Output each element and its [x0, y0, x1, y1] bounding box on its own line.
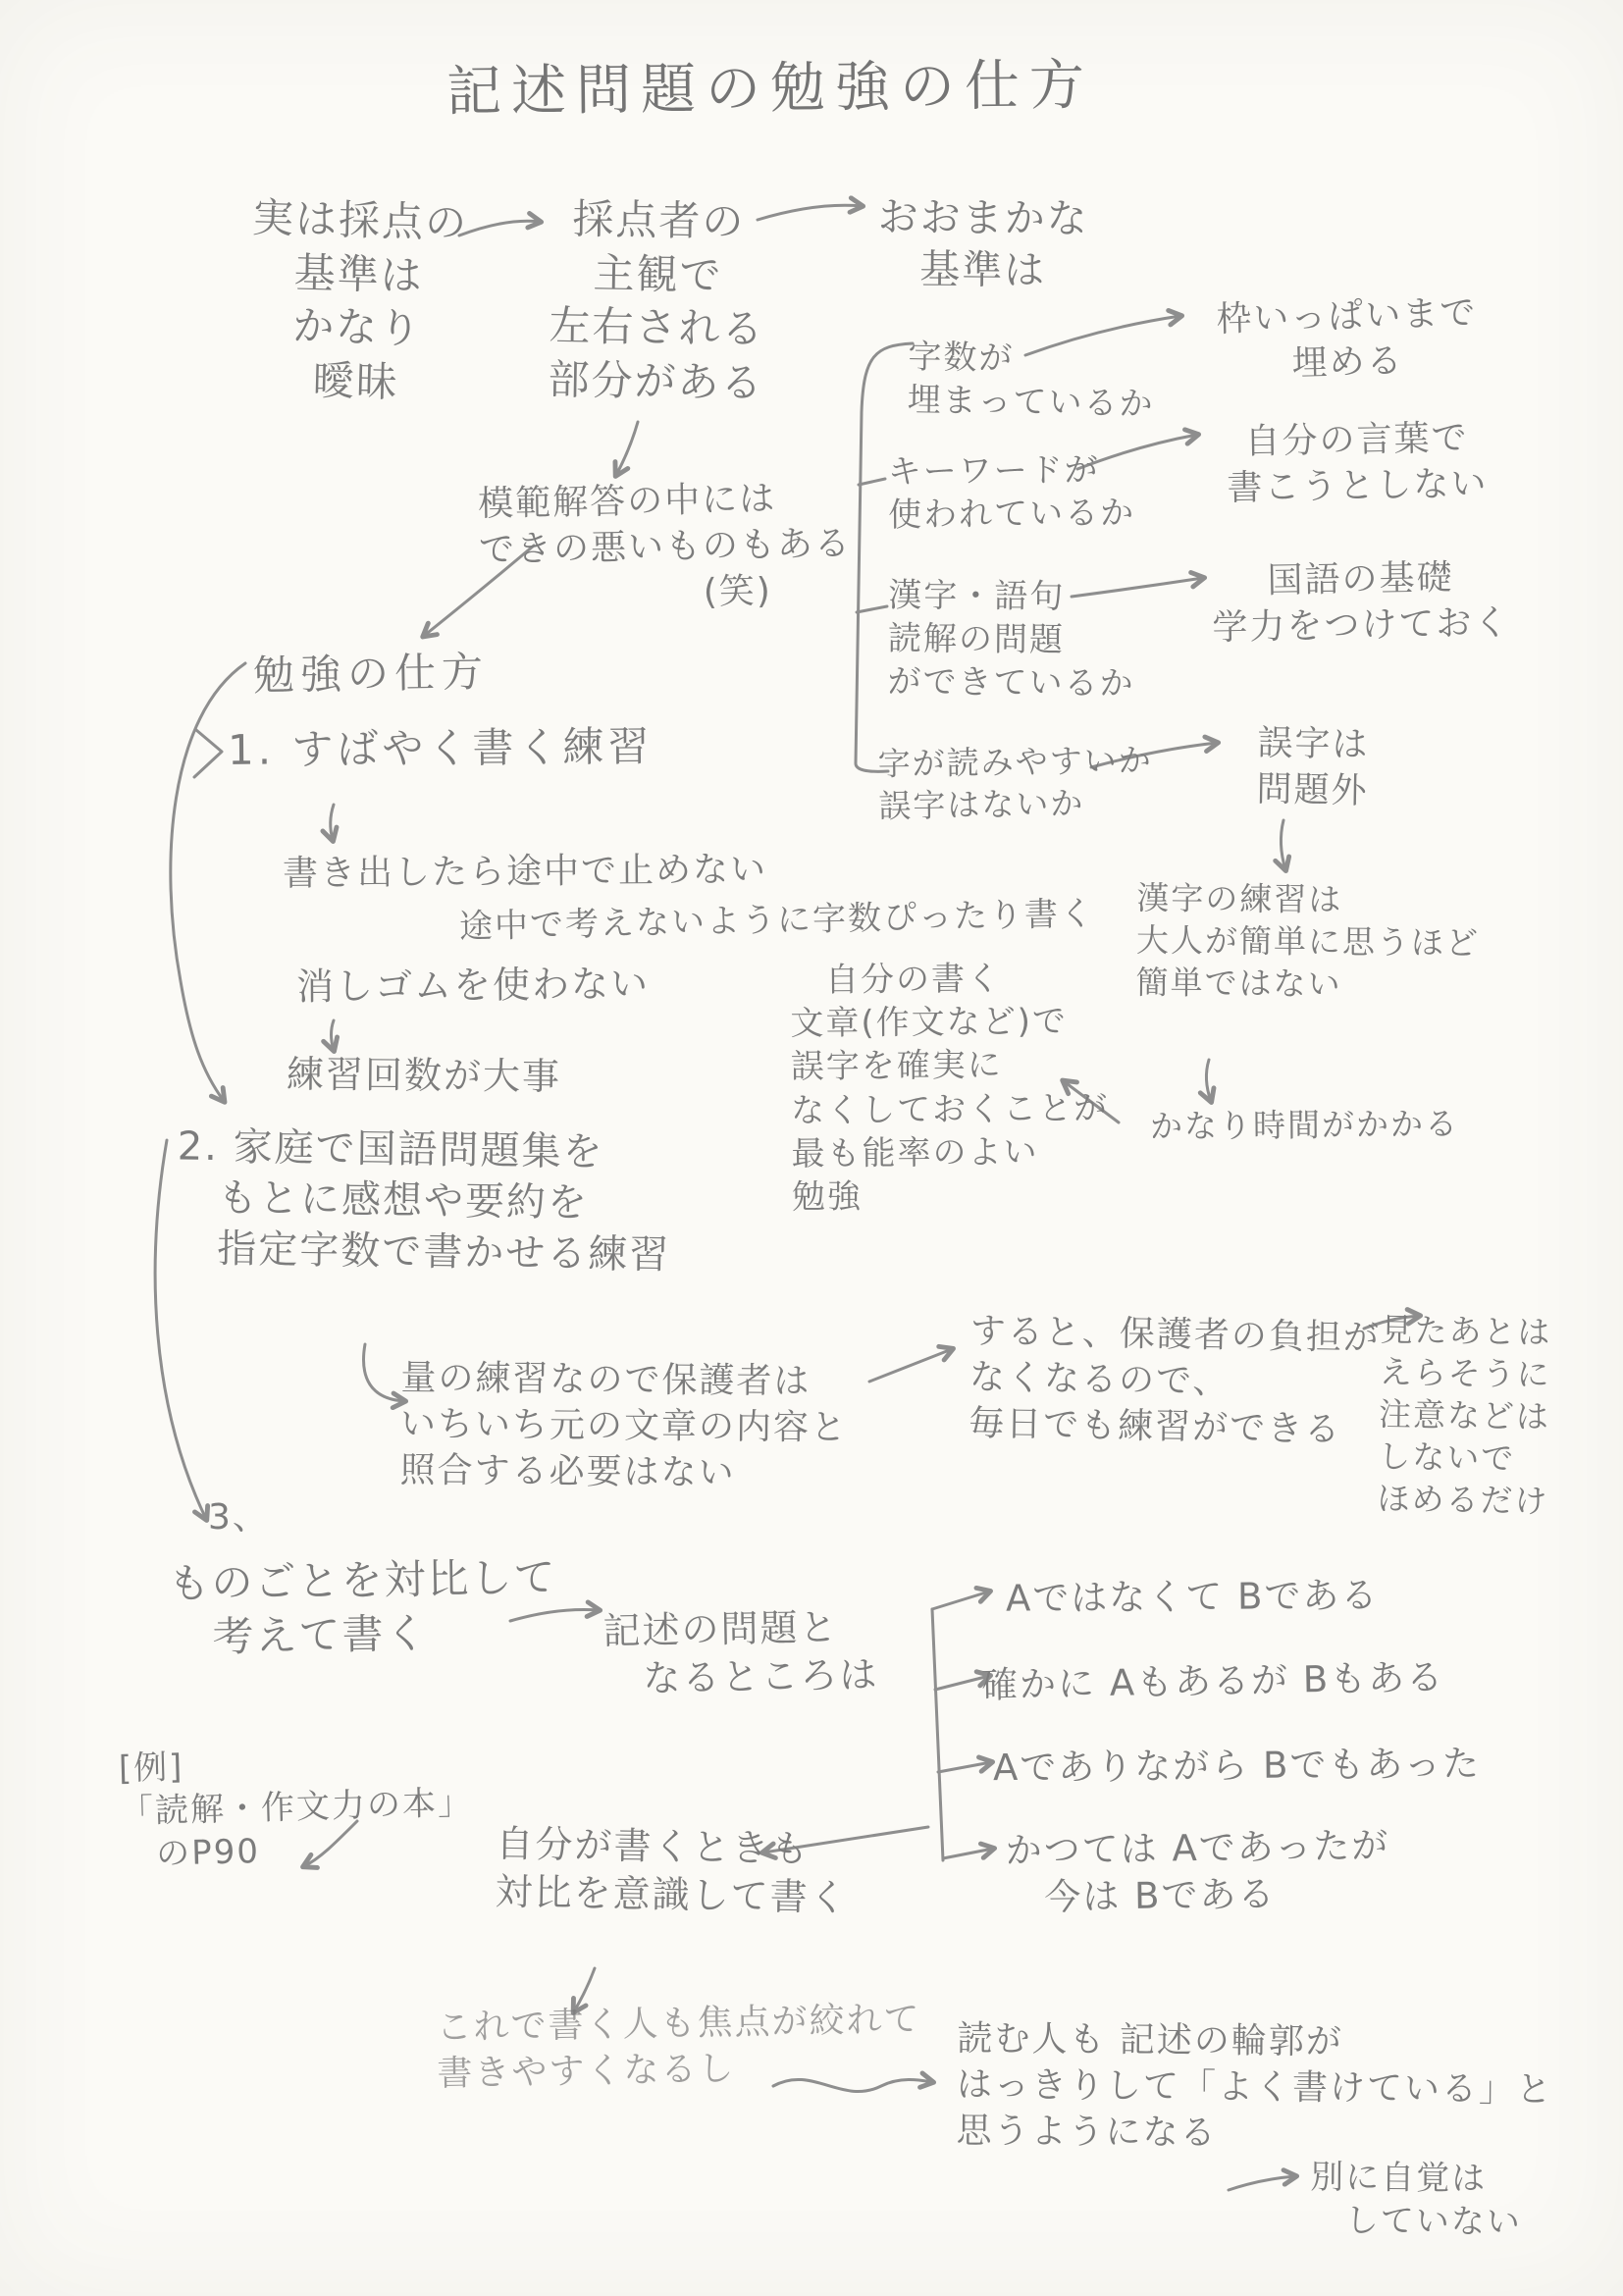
- node-step3: ものごとを対比して 考えて書く: [168, 1551, 558, 1665]
- page-title: 記述問題の勉強の仕方: [446, 51, 1095, 130]
- node-pattern-a1: Aではなくて Bである: [1006, 1572, 1380, 1622]
- node-praise-only: 見たあとは えらそうに 注意などは しないで ほめるだけ: [1377, 1309, 1552, 1522]
- node-pattern-a3: Aでありながら Bでもあった: [993, 1741, 1481, 1792]
- node-pattern-a2: 確かに Aもあるが Bもある: [981, 1654, 1445, 1709]
- bracket-alist: [932, 1609, 943, 1860]
- node-easier-writing: これで書く人も焦点が絞れて 書きやすくなるし: [436, 1998, 922, 2098]
- node-check-kanji: 漢字・語句 読解の問題 ができているか: [887, 574, 1135, 706]
- tick-step1-chevron: [194, 730, 222, 777]
- arrow-reader-to-noaware-icon: [1229, 2176, 1295, 2190]
- arrow-subjective-down-icon: [616, 422, 638, 475]
- node-step2: 2. 家庭で国語問題集を もとに感想や要約を 指定字数で書かせる練習: [176, 1121, 672, 1280]
- node-eraser: 消しゴムを使わない: [296, 960, 650, 1012]
- node-check-keyword: キーワードが 使われているか: [888, 448, 1136, 538]
- node-step1-detail-a: 書き出したら途中で止めない: [283, 848, 767, 898]
- arrow-alist-4-icon: [943, 1849, 993, 1858]
- handwritten-mindmap-page: 記述問題の勉強の仕方 実は採点の 基準は かなり 曖昧 採点者の 主観で 左右さ…: [0, 0, 1623, 2296]
- arrow-step1-down-icon: [331, 805, 334, 840]
- node-own-words: 自分の言葉で 書こうとしない: [1204, 415, 1510, 512]
- bracket-checklist-tick-keyword: [859, 479, 885, 485]
- node-check-legible: 字が読みやすいか 誤字はないか: [877, 740, 1153, 828]
- node-volume-practice: 量の練習なので保護者は いちいち元の文章の内容と 照合する必要はない: [399, 1356, 848, 1497]
- arrow-alist-1-icon: [932, 1592, 989, 1609]
- node-goji-out: 誤字は 問題外: [1224, 720, 1402, 815]
- node-subjective: 採点者の 主観で 左右される 部分がある: [528, 192, 787, 411]
- node-pattern-a4: かつては Aであったが 今は Bである: [1005, 1822, 1390, 1922]
- arrow-alist-3-icon: [938, 1762, 991, 1772]
- node-kijutsu-focus: 記述の問題と なるところは: [602, 1603, 879, 1705]
- arrow-step2-to-volume-icon: [364, 1344, 404, 1401]
- node-reader-clarity: 読む人も 記述の輪郭が はっきりして「よく書けている」と 思うようになる: [956, 2016, 1553, 2160]
- node-parents-burden: すると、保護者の負担が なくなるので、 毎日でも練習ができる: [969, 1309, 1381, 1454]
- node-step3-number: 3、: [208, 1495, 270, 1541]
- node-example-book: [例] 「読解・作文力の本」 のP90: [118, 1738, 474, 1877]
- node-own-writing: 自分の書く 文章(作文など)で 誤字を確実に なくしておくことが 最も能率のよい…: [790, 957, 1110, 1220]
- node-check-count: 字数が 埋まっているか: [907, 336, 1156, 427]
- bracket-checklist-tick-kanji: [857, 606, 887, 612]
- node-reps: 練習回数が大事: [287, 1051, 561, 1102]
- node-takes-time: かなり時間がかかる: [1150, 1104, 1459, 1149]
- arrow-goji-down-icon: [1281, 820, 1285, 869]
- node-kokugo-base: 国語の基礎 学力をつけておく: [1198, 554, 1524, 652]
- arrow-volume-to-burden-icon: [869, 1349, 952, 1382]
- arrow-kanjipractice-down-icon: [1206, 1060, 1211, 1101]
- node-step1: 1. すばやく書く練習: [228, 720, 654, 777]
- node-model-answer: 模範解答の中には できの悪いものもある (笑): [478, 476, 853, 620]
- node-fill-frame: 枠いっぱいまで 埋める: [1194, 290, 1500, 391]
- node-contrast-write: 自分が書くときも 対比を意識して書く: [495, 1820, 850, 1923]
- node-step1-detail-b: 途中で考えないように字数ぴったり書く: [459, 892, 1096, 949]
- arrow-eraser-down-icon: [332, 1020, 335, 1050]
- node-ambiguous: 実は採点の 基準は かなり 曖昧: [233, 191, 484, 412]
- node-rough-criteria: おおまかな 基準は: [875, 191, 1092, 298]
- node-howto: 勉強の仕方: [253, 646, 490, 704]
- node-no-awareness: 別に自覚は していない: [1310, 2156, 1523, 2244]
- bracket-checklist: [856, 343, 913, 771]
- node-kanji-practice: 漢字の練習は 大人が簡単に思うほど 簡単ではない: [1135, 877, 1480, 1007]
